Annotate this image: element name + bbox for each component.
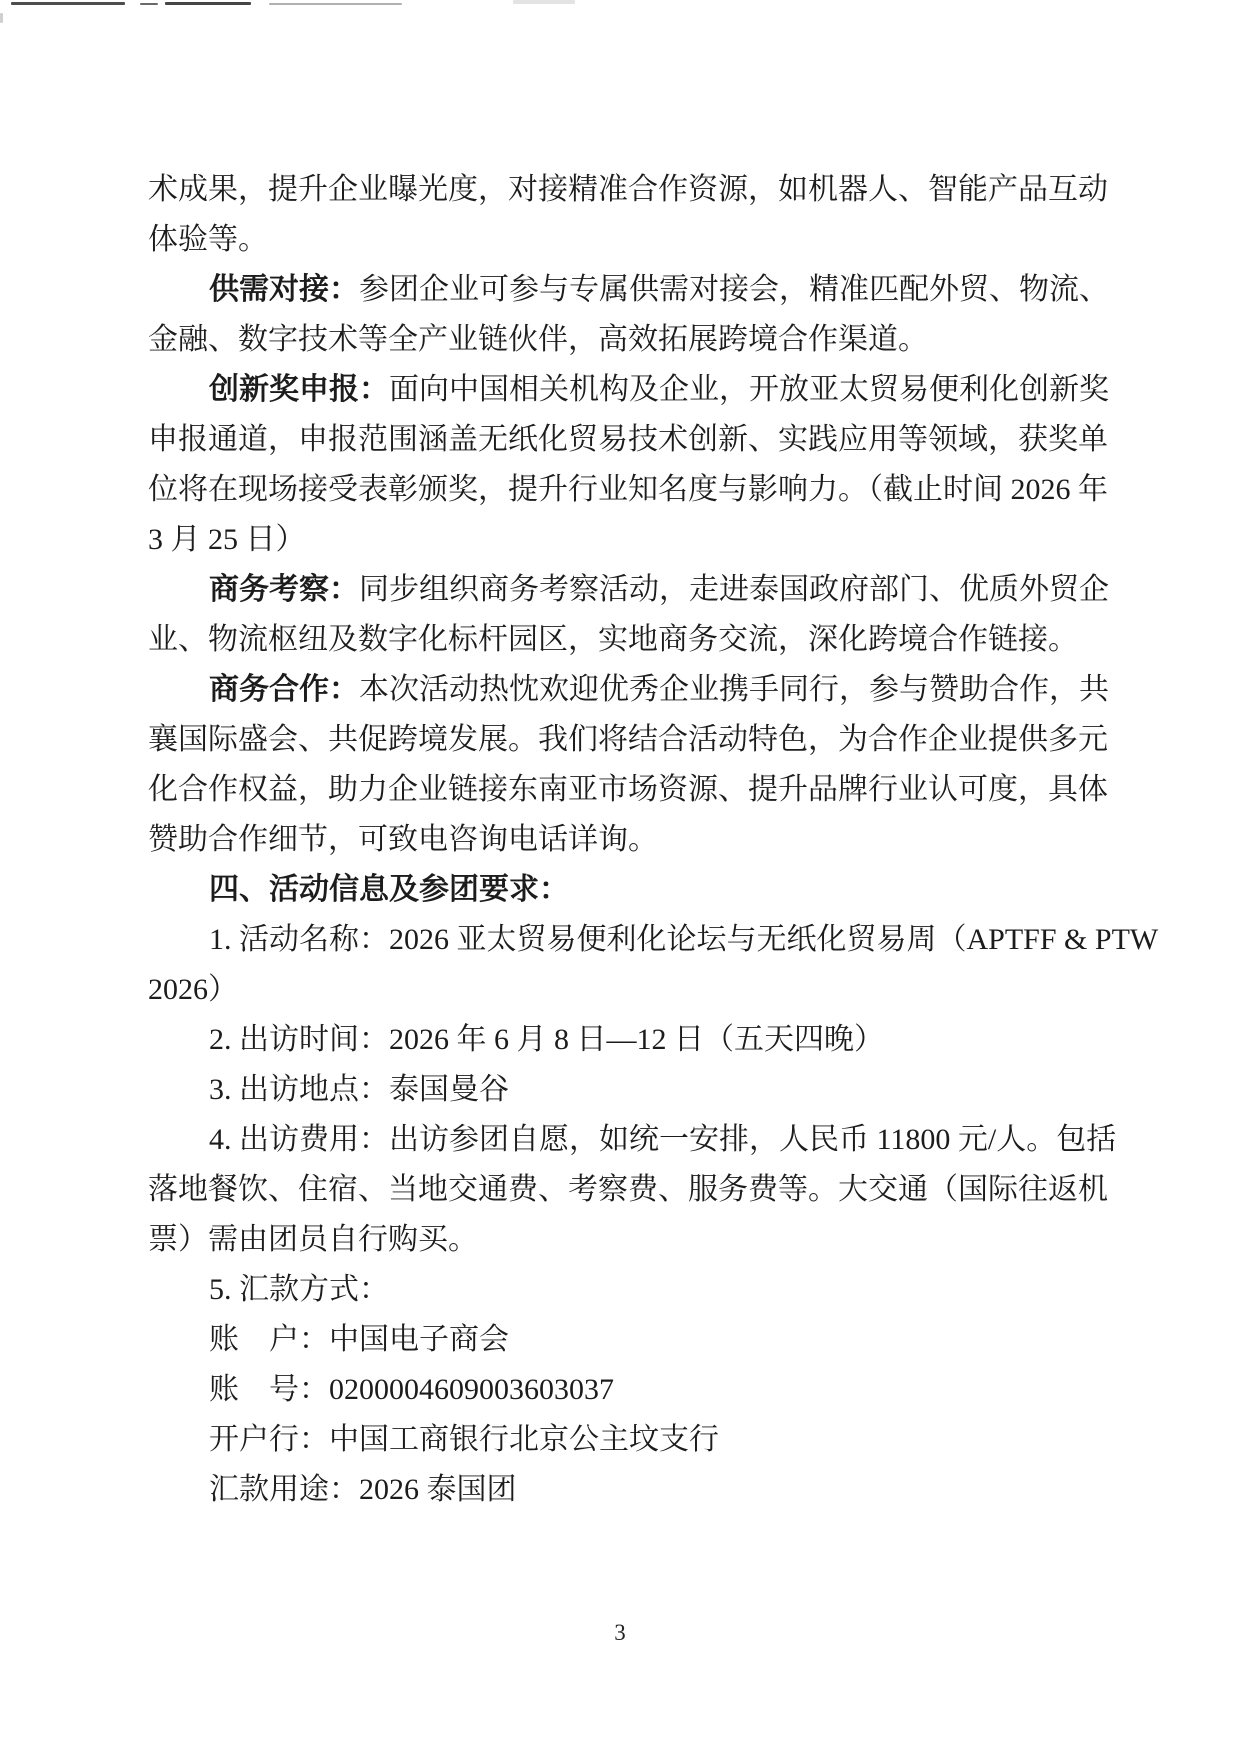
line-text: 落地餐饮、住宿、当地交通费、考察费、服务费等。大交通（国际往返机: [148, 1173, 1108, 1206]
text-line-21: 落地餐饮、住宿、当地交通费、考察费、服务费等。大交通（国际往返机: [148, 1165, 1106, 1215]
line-text: 开户行：中国工商银行北京公主坟支行: [209, 1423, 719, 1456]
text-line-23: 5. 汇款方式：: [148, 1265, 1106, 1315]
line-text: 同步组织商务考察活动，走进泰国政府部门、优质外贸企: [359, 573, 1109, 606]
text-line-10: 业、物流枢纽及数字化标杆园区，实地商务交流，深化跨境合作链接。: [148, 615, 1106, 665]
line-text: 位将在现场接受表彰颁奖，提升行业知名度与影响力。（截止时间 2026 年: [148, 473, 1108, 506]
line-text: 术成果，提升企业曝光度，对接精准合作资源，如机器人、智能产品互动: [148, 173, 1108, 206]
text-line-26: 开户行：中国工商银行北京公主坟支行: [148, 1415, 1106, 1465]
scan-artifact-top-4: [269, 3, 402, 5]
line-text: 4. 出访费用：出访参团自愿，如统一安排，人民币 11800 元/人。包括: [209, 1123, 1116, 1156]
text-line-8: 3 月 25 日）: [148, 515, 1106, 565]
line-text: 2026）: [148, 973, 238, 1006]
text-line-7: 位将在现场接受表彰颁奖，提升行业知名度与影响力。（截止时间 2026 年: [148, 465, 1106, 515]
run-in-heading: 四、活动信息及参团要求：: [209, 873, 569, 906]
text-line-2: 体验等。: [148, 215, 1106, 265]
line-text: 面向中国相关机构及企业，开放亚太贸易便利化创新奖: [389, 373, 1109, 406]
line-text: 本次活动热忱欢迎优秀企业携手同行，参与赞助合作，共: [359, 673, 1109, 706]
text-line-19: 3. 出访地点：泰国曼谷: [148, 1065, 1106, 1115]
scan-artifact-top-2: [140, 3, 158, 5]
line-text: 化合作权益，助力企业链接东南亚市场资源、提升品牌行业认可度，具体: [148, 773, 1108, 806]
line-text: 1. 活动名称：2026 亚太贸易便利化论坛与无纸化贸易周（APTFF & PT…: [209, 923, 1158, 956]
line-text: 5. 汇款方式：: [209, 1273, 389, 1306]
line-text: 汇款用途：2026 泰国团: [209, 1473, 517, 1506]
text-line-5: 创新奖申报：面向中国相关机构及企业，开放亚太贸易便利化创新奖: [148, 365, 1106, 415]
text-line-17: 2026）: [148, 965, 1106, 1015]
line-text: 体验等。: [148, 223, 268, 256]
line-text: 金融、数字技术等全产业链伙伴，高效拓展跨境合作渠道。: [148, 323, 928, 356]
line-text: 2. 出访时间：2026 年 6 月 8 日—12 日（五天四晚）: [209, 1023, 884, 1056]
text-line-1: 术成果，提升企业曝光度，对接精准合作资源，如机器人、智能产品互动: [148, 165, 1106, 215]
run-in-heading: 创新奖申报：: [209, 373, 389, 406]
text-line-22: 票）需由团员自行购买。: [148, 1215, 1106, 1265]
text-line-16: 1. 活动名称：2026 亚太贸易便利化论坛与无纸化贸易周（APTFF & PT…: [148, 915, 1106, 965]
scan-artifact-top-3: [165, 2, 251, 5]
text-line-11: 商务合作：本次活动热忱欢迎优秀企业携手同行，参与赞助合作，共: [148, 665, 1106, 715]
text-line-14: 赞助合作细节，可致电咨询电话详询。: [148, 815, 1106, 865]
run-in-heading: 商务合作：: [209, 673, 359, 706]
text-line-27: 汇款用途：2026 泰国团: [148, 1465, 1106, 1515]
text-line-3: 供需对接：参团企业可参与专属供需对接会，精准匹配外贸、物流、: [148, 265, 1106, 315]
text-line-6: 申报通道，申报范围涵盖无纸化贸易技术创新、实践应用等领域，获奖单: [148, 415, 1106, 465]
text-line-12: 襄国际盛会、共促跨境发展。我们将结合活动特色，为合作企业提供多元: [148, 715, 1106, 765]
line-text: 襄国际盛会、共促跨境发展。我们将结合活动特色，为合作企业提供多元: [148, 723, 1108, 756]
text-line-9: 商务考察：同步组织商务考察活动，走进泰国政府部门、优质外贸企: [148, 565, 1106, 615]
run-in-heading: 商务考察：: [209, 573, 359, 606]
scan-artifact-left-edge: [0, 13, 3, 23]
line-text: 3. 出访地点：泰国曼谷: [209, 1073, 509, 1106]
scan-artifact-top-5: [513, 0, 575, 4]
page-number: 3: [0, 1618, 1240, 1648]
line-text: 赞助合作细节，可致电咨询电话详询。: [148, 823, 658, 856]
text-line-13: 化合作权益，助力企业链接东南亚市场资源、提升品牌行业认可度，具体: [148, 765, 1106, 815]
text-line-18: 2. 出访时间：2026 年 6 月 8 日—12 日（五天四晚）: [148, 1015, 1106, 1065]
line-text: 账 号：0200004609003603037: [209, 1373, 614, 1406]
document-body: 术成果，提升企业曝光度，对接精准合作资源，如机器人、智能产品互动体验等。供需对接…: [148, 165, 1106, 1515]
text-line-4: 金融、数字技术等全产业链伙伴，高效拓展跨境合作渠道。: [148, 315, 1106, 365]
text-line-24: 账 户：中国电子商会: [148, 1315, 1106, 1365]
line-text: 票）需由团员自行购买。: [148, 1223, 478, 1256]
line-text: 参团企业可参与专属供需对接会，精准匹配外贸、物流、: [359, 273, 1109, 306]
run-in-heading: 供需对接：: [209, 273, 359, 306]
scanned-document-page: 术成果，提升企业曝光度，对接精准合作资源，如机器人、智能产品互动体验等。供需对接…: [0, 0, 1240, 1754]
line-text: 申报通道，申报范围涵盖无纸化贸易技术创新、实践应用等领域，获奖单: [148, 423, 1108, 456]
scan-artifact-top-1: [11, 2, 125, 5]
text-line-20: 4. 出访费用：出访参团自愿，如统一安排，人民币 11800 元/人。包括: [148, 1115, 1106, 1165]
line-text: 3 月 25 日）: [148, 523, 306, 556]
line-text: 账 户：中国电子商会: [209, 1323, 509, 1356]
text-line-25: 账 号：0200004609003603037: [148, 1365, 1106, 1415]
line-text: 业、物流枢纽及数字化标杆园区，实地商务交流，深化跨境合作链接。: [148, 623, 1078, 656]
text-line-15: 四、活动信息及参团要求：: [148, 865, 1106, 915]
